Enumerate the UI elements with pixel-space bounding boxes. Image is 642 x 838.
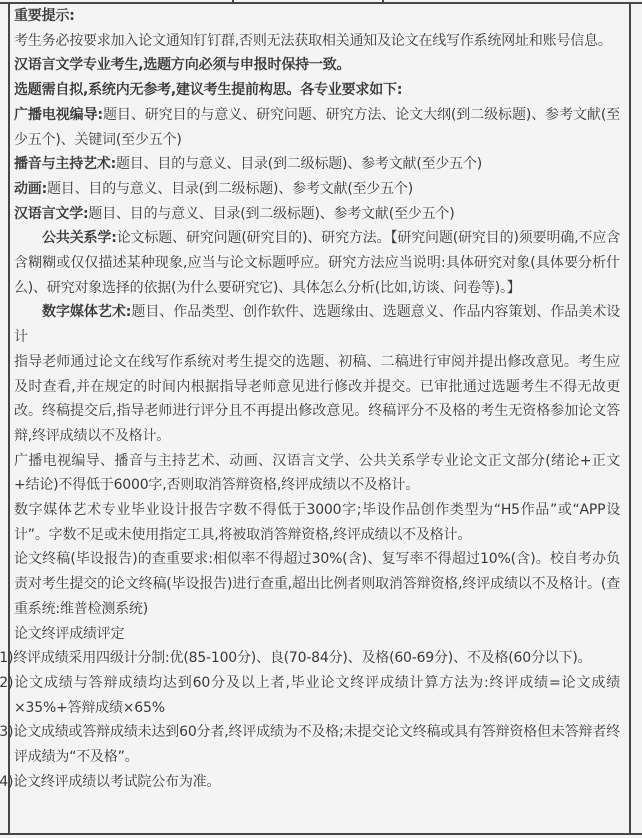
paragraph-review-process: 指导老师通过论文在线写作系统对考生提交的选题、初稿、二稿进行审阅并提出修改意见。…: [14, 350, 620, 449]
grading-item-4: (4)论文终评成绩以考试院公布为准。: [14, 770, 620, 795]
note-chinese-major: 汉语言文学专业考生,选题方向必须与申报时保持一致。: [14, 53, 620, 78]
paragraph-word-count-digital-media: 数字媒体艺术专业毕业设计报告字数不得低于3000字;毕设作品创作类型为“H5作品…: [14, 498, 620, 547]
table-border-bottom-line: [0, 833, 642, 835]
table-border-right-line: [629, 2, 631, 835]
major-label: 汉语言文学:: [14, 206, 88, 222]
major-item-chinese-literature: 汉语言文学:题目、目的与意义、目录(到二级标题)、参考文献(至少五个): [14, 202, 620, 227]
table-column-divider-stub-2: [382, 0, 384, 3]
major-requirements-text: 题目、研究目的与意义、研究问题、研究方法、论文大纲(到二级标题)、参考文献(至少…: [14, 107, 620, 148]
notice-title: 重要提示:: [14, 4, 620, 29]
major-label: 数字媒体艺术:: [42, 304, 131, 320]
table-column-divider-stub-1: [232, 0, 234, 3]
major-item-digital-media-art: 数字媒体艺术:题目、作品类型、创作软件、选题缘由、选题意义、作品内容策划、作品美…: [14, 300, 620, 349]
grading-item-3: (3)论文成绩或答辩成绩未达到60分者,终评成绩为不及格;未提交论文终稿或具有答…: [14, 720, 620, 769]
major-item-animation: 动画:题目、目的与意义、目录(到二级标题)、参考文献(至少五个): [14, 177, 620, 202]
grading-item-2: (2)论文成绩与答辩成绩均达到60分及以上者,毕业论文终评成绩计算方法为:终评成…: [14, 671, 620, 720]
paragraph-plagiarism-check: 论文终稿(毕设报告)的查重要求:相似率不得超过30%(含)、复写率不得超过10%…: [14, 547, 620, 621]
table-border-left-line: [8, 2, 10, 835]
intro-paragraph: 考生务必按要求加入论文通知钉钉群,否则无法获取相关通知及论文在线写作系统网址和账…: [14, 29, 620, 54]
grading-item-1: (1)终评成绩采用四级计分制:优(85-100分)、良(70-84分)、及格(6…: [14, 646, 620, 671]
major-item-broadcast-directing: 广播电视编导:题目、研究目的与意义、研究问题、研究方法、论文大纲(到二级标题)、…: [14, 103, 620, 152]
paragraph-word-count-thesis: 广播电视编导、播音与主持艺术、动画、汉语言文学、公共关系学专业论文正文部分(绪论…: [14, 449, 620, 498]
major-requirements-text: 题目、目的与意义、目录(到二级标题)、参考文献(至少五个): [88, 206, 454, 222]
note-topic-selection: 选题需自拟,系统内无参考,建议考生提前构思。各专业要求如下:: [14, 78, 620, 103]
major-label: 播音与主持艺术:: [14, 156, 116, 172]
notice-document: 重要提示: 考生务必按要求加入论文通知钉钉群,否则无法获取相关通知及论文在线写作…: [14, 4, 620, 795]
major-item-broadcast-hosting: 播音与主持艺术:题目、目的与意义、目录(到二级标题)、参考文献(至少五个): [14, 152, 620, 177]
major-label: 公共关系学:: [42, 230, 117, 246]
grading-title: 论文终评成绩评定: [14, 622, 620, 647]
major-requirements-text: 题目、目的与意义、目录(到二级标题)、参考文献(至少五个): [47, 181, 413, 197]
major-label: 动画:: [14, 181, 47, 197]
major-requirements-text: 题目、目的与意义、目录(到二级标题)、参考文献(至少五个): [116, 156, 482, 172]
major-item-public-relations: 公共关系学:论文标题、研究问题(研究目的)、研究方法。【研究问题(研究目的)须要…: [14, 226, 620, 300]
major-label: 广播电视编导:: [14, 107, 103, 123]
